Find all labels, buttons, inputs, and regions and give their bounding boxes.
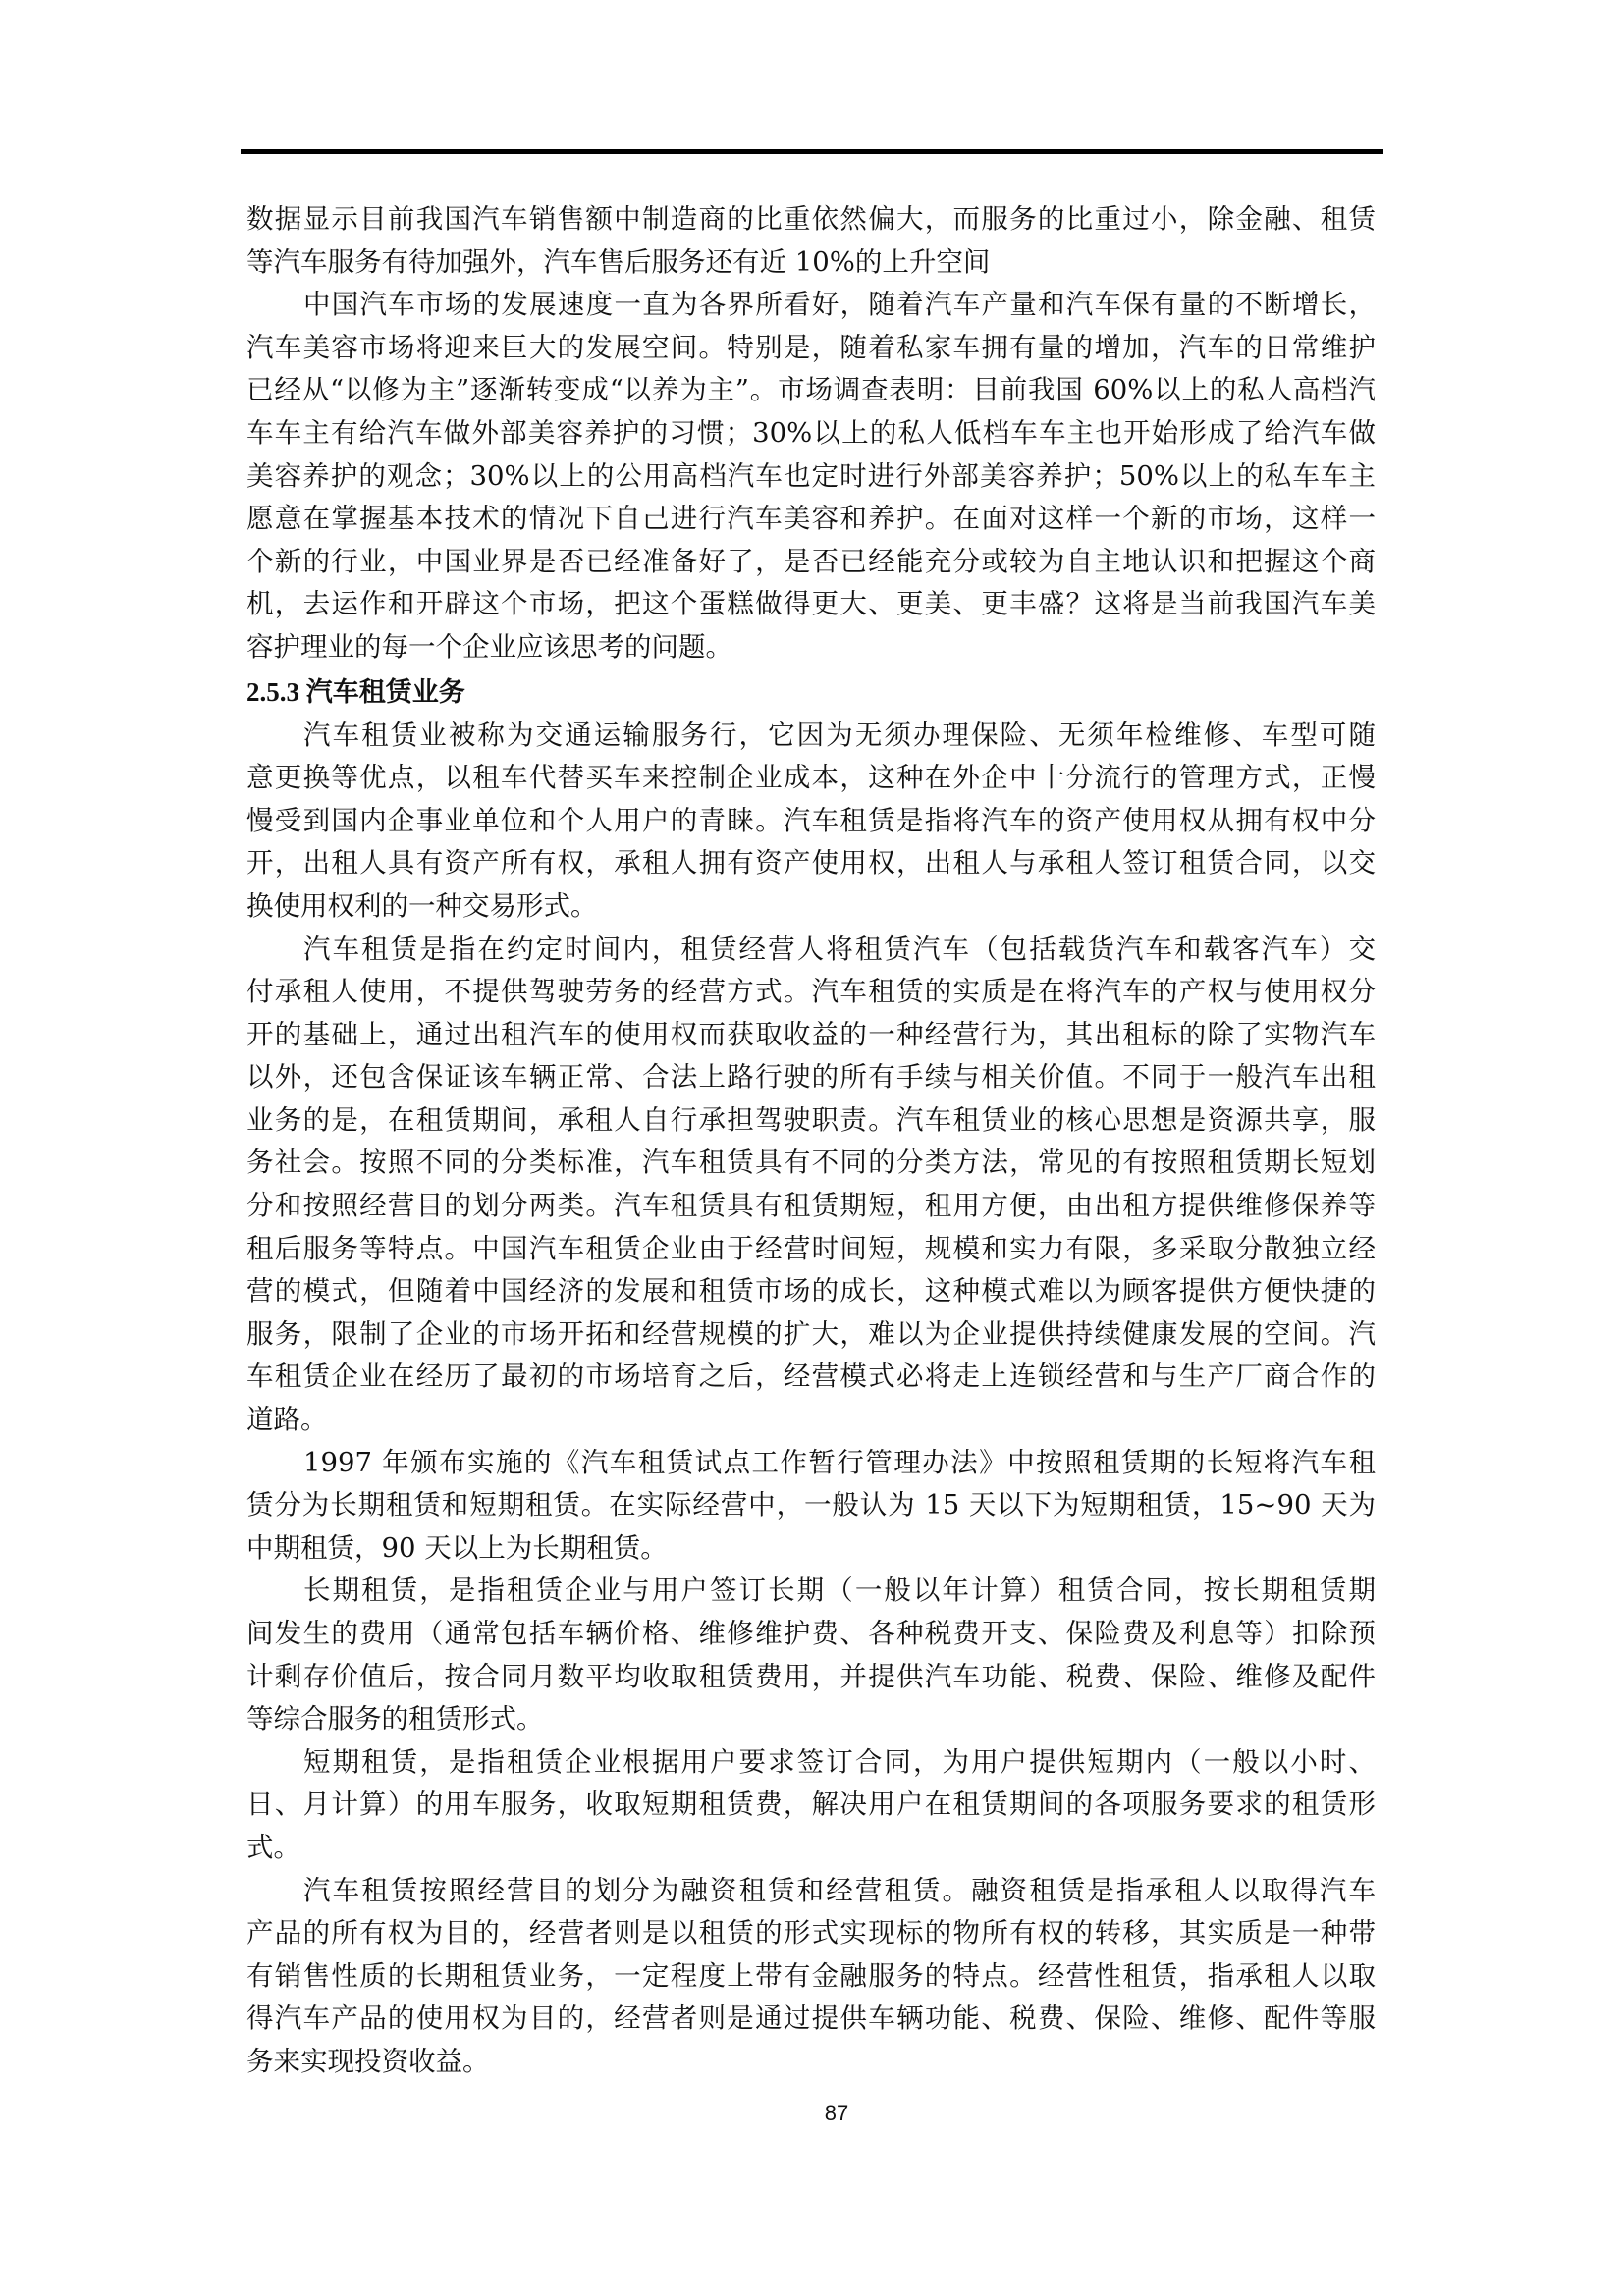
text-line: 赁分为长期租赁和短期租赁。在实际经营中，一般认为 15 天以下为短期租赁，15~… xyxy=(246,1484,1376,1527)
text-line: 意更换等优点，以租车代替买车来控制企业成本，这种在外企中十分流行的管理方式，正慢 xyxy=(246,757,1376,800)
header-rule xyxy=(241,149,1383,154)
paragraph: 中国汽车市场的发展速度一直为各界所看好，随着汽车产量和汽车保有量的不断增长，汽车… xyxy=(246,284,1376,668)
text-line: 中国汽车市场的发展速度一直为各界所看好，随着汽车产量和汽车保有量的不断增长， xyxy=(246,284,1376,327)
paragraph: 汽车租赁是指在约定时间内，租赁经营人将租赁汽车（包括载货汽车和载客汽车）交付承租… xyxy=(246,929,1376,1442)
text-line: 服务，限制了企业的市场开拓和经营规模的扩大，难以为企业提供持续健康发展的空间。汽 xyxy=(246,1313,1376,1357)
text-line: 务来实现投资收益。 xyxy=(246,2041,1376,2084)
text-line: 营的模式，但随着中国经济的发展和租赁市场的成长，这种模式难以为顾客提供方便快捷的 xyxy=(246,1270,1376,1313)
text-line: 汽车美容市场将迎来巨大的发展空间。特别是，随着私家车拥有量的增加，汽车的日常维护 xyxy=(246,327,1376,370)
text-line: 汽车租赁是指在约定时间内，租赁经营人将租赁汽车（包括载货汽车和载客汽车）交 xyxy=(246,929,1376,972)
text-line: 付承租人使用，不提供驾驶劳务的经营方式。汽车租赁的实质是在将汽车的产权与使用权分 xyxy=(246,971,1376,1014)
text-line: 产品的所有权为目的，经营者则是以租赁的形式实现标的物所有权的转移，其实质是一种带 xyxy=(246,1912,1376,1955)
text-line: 汽车租赁业被称为交通运输服务行，它因为无须办理保险、无须年检维修、车型可随 xyxy=(246,715,1376,758)
text-line: 车租赁企业在经历了最初的市场培育之后，经营模式必将走上连锁经营和与生产厂商合作的 xyxy=(246,1356,1376,1399)
page-body: 数据显示目前我国汽车销售额中制造商的比重依然偏大，而服务的比重过小，除金融、租赁… xyxy=(246,198,1376,2084)
text-line: 容护理业的每一个企业应该思考的问题。 xyxy=(246,626,1376,669)
text-line: 等综合服务的租赁形式。 xyxy=(246,1698,1376,1741)
text-line: 已经从“以修为主”逐渐转变成“以养为主”。市场调查表明：目前我国 60%以上的私… xyxy=(246,369,1376,412)
text-line: 愿意在掌握基本技术的情况下自己进行汽车美容和养护。在面对这样一个新的市场，这样一 xyxy=(246,498,1376,541)
text-line: 1997 年颁布实施的《汽车租赁试点工作暂行管理办法》中按照租赁期的长短将汽车租 xyxy=(246,1442,1376,1485)
text-line: 租后服务等特点。中国汽车租赁企业由于经营时间短，规模和实力有限，多采取分散独立经 xyxy=(246,1228,1376,1271)
text-line: 计剩存价值后，按合同月数平均收取租赁费用，并提供汽车功能、税费、保险、维修及配件 xyxy=(246,1656,1376,1699)
text-line: 慢受到国内企事业单位和个人用户的青睐。汽车租赁是指将汽车的资产使用权从拥有权中分 xyxy=(246,800,1376,843)
paragraph: 汽车租赁按照经营目的划分为融资租赁和经营租赁。融资租赁是指承租人以取得汽车产品的… xyxy=(246,1870,1376,2084)
text-line: 道路。 xyxy=(246,1399,1376,1442)
text-line: 美容养护的观念；30%以上的公用高档汽车也定时进行外部美容养护；50%以上的私车… xyxy=(246,455,1376,499)
text-line: 开的基础上，通过出租汽车的使用权而获取收益的一种经营行为，其出租标的除了实物汽车 xyxy=(246,1014,1376,1057)
text-line: 分和按照经营目的划分两类。汽车租赁具有租赁期短，租用方便，由出租方提供维修保养等 xyxy=(246,1185,1376,1228)
text-line: 短期租赁，是指租赁企业根据用户要求签订合同，为用户提供短期内（一般以小时、 xyxy=(246,1741,1376,1785)
section-heading: 2.5.3 汽车租赁业务 xyxy=(246,669,1376,715)
text-line: 日、月计算）的用车服务，收取短期租赁费，解决用户在租赁期间的各项服务要求的租赁形 xyxy=(246,1784,1376,1827)
text-line: 长期租赁，是指租赁企业与用户签订长期（一般以年计算）租赁合同，按长期租赁期 xyxy=(246,1570,1376,1613)
paragraph: 数据显示目前我国汽车销售额中制造商的比重依然偏大，而服务的比重过小，除金融、租赁… xyxy=(246,198,1376,284)
text-line: 得汽车产品的使用权为目的，经营者则是通过提供车辆功能、税费、保险、维修、配件等服 xyxy=(246,1998,1376,2041)
text-line: 开，出租人具有资产所有权，承租人拥有资产使用权，出租人与承租人签订租赁合同，以交 xyxy=(246,842,1376,885)
text-line: 等汽车服务有待加强外，汽车售后服务还有近 10%的上升空间 xyxy=(246,241,1376,285)
paragraph-group-after: 汽车租赁业被称为交通运输服务行，它因为无须办理保险、无须年检维修、车型可随意更换… xyxy=(246,715,1376,2084)
text-line: 务社会。按照不同的分类标准，汽车租赁具有不同的分类方法，常见的有按照租赁期长短划 xyxy=(246,1142,1376,1185)
text-line: 业务的是，在租赁期间，承租人自行承担驾驶职责。汽车租赁业的核心思想是资源共享，服 xyxy=(246,1099,1376,1143)
text-line: 汽车租赁按照经营目的划分为融资租赁和经营租赁。融资租赁是指承租人以取得汽车 xyxy=(246,1870,1376,1913)
text-line: 式。 xyxy=(246,1827,1376,1870)
text-line: 以外，还包含保证该车辆正常、合法上路行驶的所有手续与相关价值。不同于一般汽车出租 xyxy=(246,1056,1376,1099)
paragraph: 短期租赁，是指租赁企业根据用户要求签订合同，为用户提供短期内（一般以小时、日、月… xyxy=(246,1741,1376,1870)
text-line: 机，去运作和开辟这个市场，把这个蛋糕做得更大、更美、更丰盛？这将是当前我国汽车美 xyxy=(246,583,1376,626)
text-line: 中期租赁，90 天以上为长期租赁。 xyxy=(246,1527,1376,1571)
text-line: 间发生的费用（通常包括车辆价格、维修维护费、各种税费开支、保险费及利息等）扣除预 xyxy=(246,1613,1376,1656)
paragraph-group-before: 数据显示目前我国汽车销售额中制造商的比重依然偏大，而服务的比重过小，除金融、租赁… xyxy=(246,198,1376,669)
text-line: 换使用权利的一种交易形式。 xyxy=(246,885,1376,929)
text-line: 车车主有给汽车做外部美容养护的习惯；30%以上的私人低档车车主也开始形成了给汽车… xyxy=(246,412,1376,455)
page-number: 87 xyxy=(0,2101,1624,2126)
paragraph: 1997 年颁布实施的《汽车租赁试点工作暂行管理办法》中按照租赁期的长短将汽车租… xyxy=(246,1442,1376,1571)
text-line: 数据显示目前我国汽车销售额中制造商的比重依然偏大，而服务的比重过小，除金融、租赁 xyxy=(246,198,1376,241)
text-line: 个新的行业，中国业界是否已经准备好了，是否已经能充分或较为自主地认识和把握这个商 xyxy=(246,541,1376,584)
paragraph: 长期租赁，是指租赁企业与用户签订长期（一般以年计算）租赁合同，按长期租赁期间发生… xyxy=(246,1570,1376,1740)
text-line: 有销售性质的长期租赁业务，一定程度上带有金融服务的特点。经营性租赁，指承租人以取 xyxy=(246,1955,1376,1999)
paragraph: 汽车租赁业被称为交通运输服务行，它因为无须办理保险、无须年检维修、车型可随意更换… xyxy=(246,715,1376,929)
